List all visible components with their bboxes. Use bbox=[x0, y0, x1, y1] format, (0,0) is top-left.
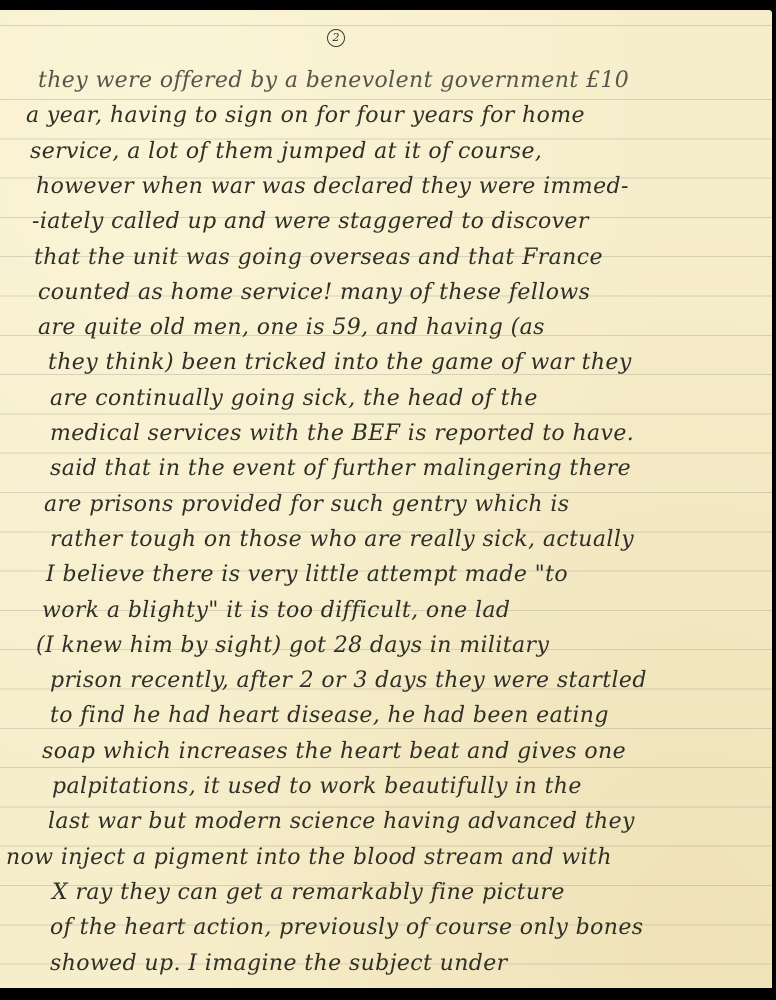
text-line: -iately called up and were staggered to … bbox=[32, 209, 589, 234]
text-line: are prisons provided for such gentry whi… bbox=[44, 492, 570, 517]
text-line: last war but modern science having advan… bbox=[48, 809, 635, 834]
text-line: prison recently, after 2 or 3 days they … bbox=[50, 668, 647, 693]
text-line: palpitations, it used to work beautifull… bbox=[52, 774, 582, 799]
text-line: are continually going sick, the head of … bbox=[50, 386, 538, 411]
text-line: they were offered by a benevolent govern… bbox=[38, 68, 629, 93]
text-line: are quite old men, one is 59, and having… bbox=[38, 315, 545, 340]
text-line: said that in the event of further maling… bbox=[50, 456, 631, 481]
text-line: of the heart action, previously of cours… bbox=[50, 915, 643, 940]
text-line: now inject a pigment into the blood stre… bbox=[6, 845, 612, 870]
text-line: rather tough on those who are really sic… bbox=[50, 527, 634, 552]
text-line: work a blighty" it is too difficult, one… bbox=[42, 598, 510, 623]
text-line: (I knew him by sight) got 28 days in mil… bbox=[36, 633, 549, 658]
text-line: to find he had heart disease, he had bee… bbox=[50, 703, 609, 728]
text-line: I believe there is very little attempt m… bbox=[46, 562, 568, 587]
text-line: service, a lot of them jumped at it of c… bbox=[30, 139, 542, 164]
text-line: medical services with the BEF is reporte… bbox=[50, 421, 634, 446]
text-line: they think) been tricked into the game o… bbox=[48, 350, 632, 375]
text-line: however when war was declared they were … bbox=[36, 174, 629, 199]
text-line: counted as home service! many of these f… bbox=[38, 280, 590, 305]
text-line: a year, having to sign on for four years… bbox=[26, 103, 585, 128]
letter-page: 2 they were offered by a benevolent gove… bbox=[0, 10, 772, 988]
page-number: 2 bbox=[327, 29, 345, 47]
text-line: showed up. I imagine the subject under bbox=[50, 951, 508, 976]
text-line: soap which increases the heart beat and … bbox=[42, 739, 626, 764]
text-line: that the unit was going overseas and tha… bbox=[34, 245, 603, 270]
text-line: X ray they can get a remarkably fine pic… bbox=[52, 880, 565, 905]
